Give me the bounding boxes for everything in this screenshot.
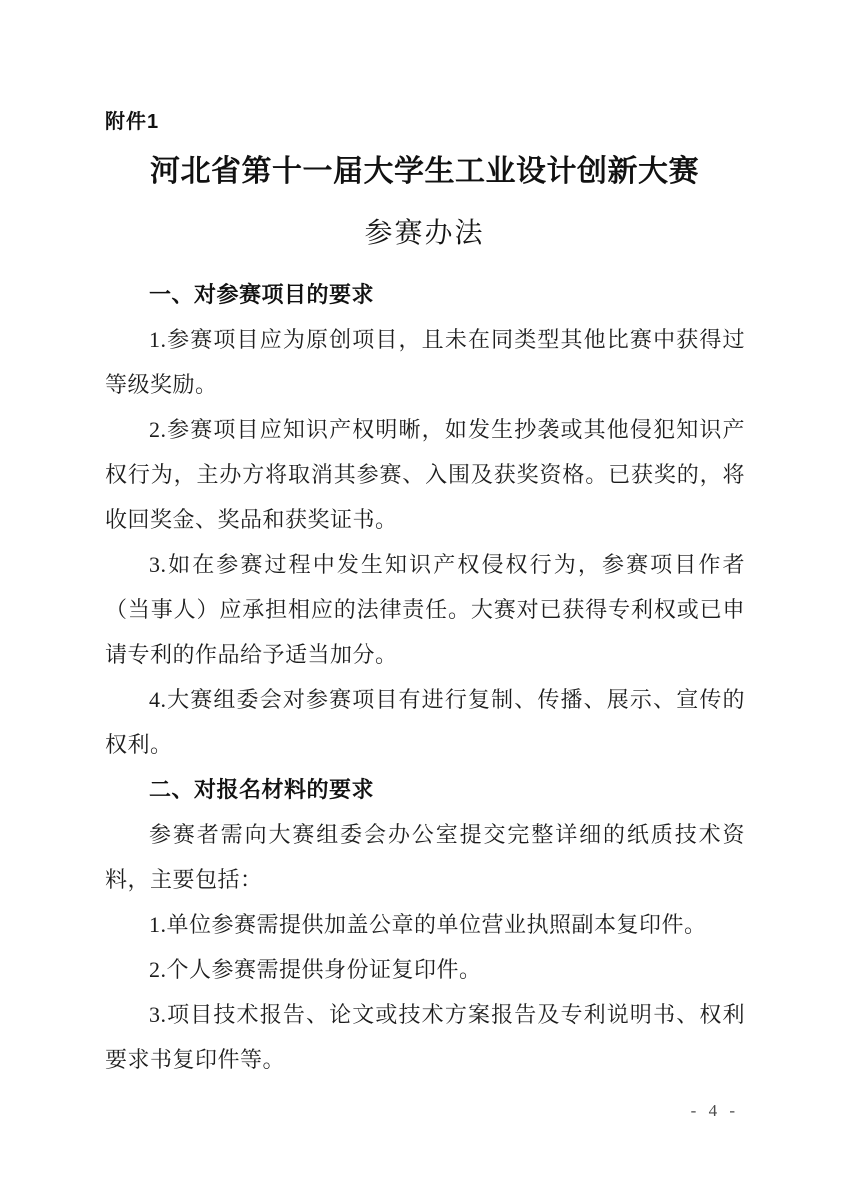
doc-subtitle: 参赛办法 — [0, 211, 849, 251]
section-2-paragraph-3: 2.个人参赛需提供身份证复印件。 — [105, 947, 745, 992]
document-page: 附件1 河北省第十一届大学生工业设计创新大赛 参赛办法 一、对参赛项目的要求 1… — [0, 0, 849, 1200]
section-2-heading: 二、对报名材料的要求 — [105, 767, 745, 812]
attachment-label: 附件1 — [105, 105, 159, 134]
page-number: - 4 - — [691, 1101, 739, 1121]
section-1-heading: 一、对参赛项目的要求 — [105, 272, 745, 317]
doc-body: 一、对参赛项目的要求 1.参赛项目应为原创项目，且未在同类型其他比赛中获得过等级… — [105, 272, 745, 1082]
section-1-paragraph-4: 4.大赛组委会对参赛项目有进行复制、传播、展示、宣传的权利。 — [105, 677, 745, 767]
section-1-paragraph-2: 2.参赛项目应知识产权明晰，如发生抄袭或其他侵犯知识产权行为，主办方将取消其参赛… — [105, 407, 745, 542]
doc-title: 河北省第十一届大学生工业设计创新大赛 — [0, 146, 849, 190]
section-2-paragraph-4: 3.项目技术报告、论文或技术方案报告及专利说明书、权利要求书复印件等。 — [105, 992, 745, 1082]
section-1-paragraph-3: 3.如在参赛过程中发生知识产权侵权行为，参赛项目作者（当事人）应承担相应的法律责… — [105, 542, 745, 677]
section-2-paragraph-2: 1.单位参赛需提供加盖公章的单位营业执照副本复印件。 — [105, 902, 745, 947]
section-1-paragraph-1: 1.参赛项目应为原创项目，且未在同类型其他比赛中获得过等级奖励。 — [105, 317, 745, 407]
section-2-paragraph-1: 参赛者需向大赛组委会办公室提交完整详细的纸质技术资料，主要包括： — [105, 812, 745, 902]
